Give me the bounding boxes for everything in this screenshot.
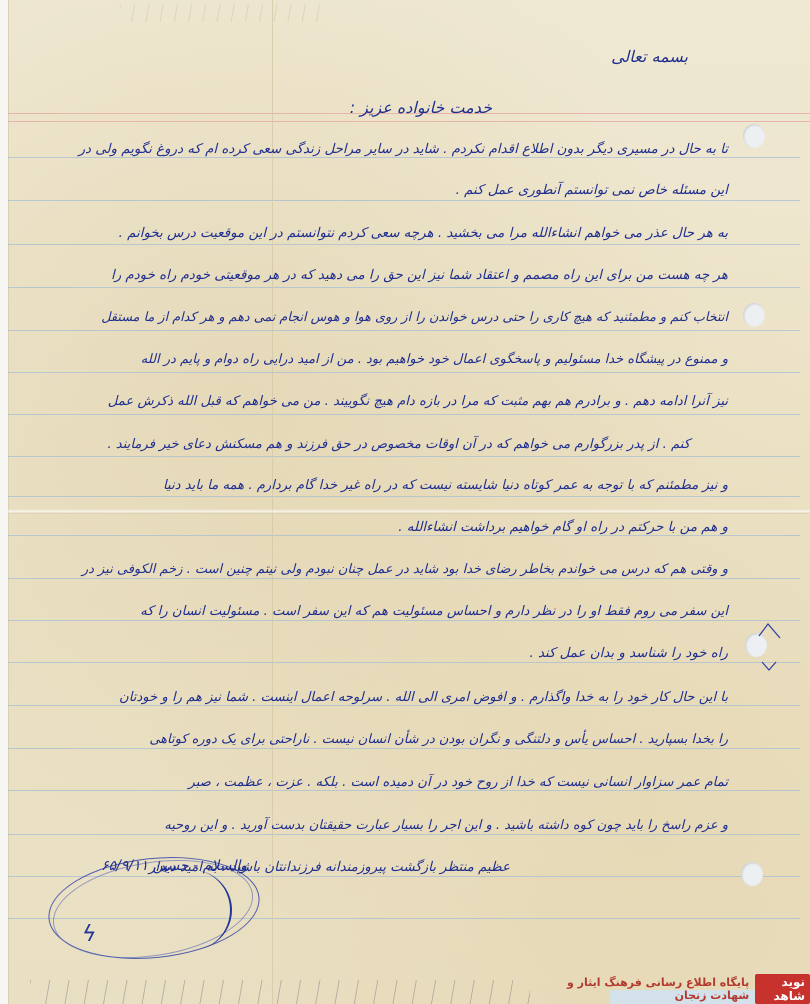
- perforation-ticks: [30, 980, 530, 1004]
- ruled-line: [8, 157, 800, 158]
- letter-line: تا به حال در مسیری دیگر بدون اطلاع اقدام…: [79, 142, 728, 157]
- scanned-letter-page: بسمه تعالی خدمت خانواده عزیز : تا به حال…: [0, 0, 810, 1004]
- letter-line: به هر حال عذر می خواهم انشاءالله مرا می …: [119, 226, 728, 241]
- letter-line: و هم من با حرکتم در راه او گام خواهیم بر…: [398, 520, 728, 535]
- ruled-line: [8, 287, 800, 288]
- letter-line: تمام عمر سزاوار انسانی نیست که خدا از رو…: [188, 775, 728, 790]
- faint-bleed-through-marks: [120, 4, 320, 22]
- letter-line: این مسئله خاص نمی توانستم آنطوری عمل کنم…: [456, 183, 728, 198]
- closing-signature-text: والسلام - حسین ۶۵/۹/۱۱: [101, 858, 247, 874]
- letter-line: را بخدا بسپارید . احساس یأس و دلتنگی و ن…: [149, 732, 728, 747]
- punch-hole: [743, 303, 765, 327]
- salutation-text: خدمت خانواده عزیز :: [350, 98, 492, 117]
- watermark: نوید شاهد پایگاه اطلاع رسانی فرهنگ ایثار…: [548, 974, 810, 1004]
- letter-line: و عزم راسخ را باید چون کوه داشته باشید .…: [164, 818, 728, 833]
- header-rule: [8, 121, 810, 122]
- ruled-line: [8, 620, 800, 621]
- letter-line: هر چه هست من برای این راه مصمم و اعتقاد …: [111, 268, 728, 283]
- ruled-line: [8, 748, 800, 749]
- ruled-line: [8, 790, 800, 791]
- letter-line: نیز آنرا ادامه دهم . و برادرم هم بهم مثب…: [108, 394, 728, 409]
- pen-mark-around-hole: [756, 622, 782, 672]
- paper-fold-crease: [8, 509, 810, 514]
- letter-line: این سفر می روم فقط او را در نظر دارم و ا…: [140, 604, 728, 619]
- letter-line: کنم . از پدر بزرگوارم می خواهم که در آن …: [107, 437, 690, 452]
- ruled-line: [8, 330, 800, 331]
- ruled-line: [8, 456, 800, 457]
- ruled-line: [8, 705, 800, 706]
- letter-line: با این حال کار خود را به خدا واگذارم . و…: [119, 690, 728, 705]
- ruled-line: [8, 578, 800, 579]
- ruled-line: [8, 834, 800, 835]
- ruled-line: [8, 200, 800, 201]
- letter-line: و وقتی هم که درس می خواندم بخاطر رضای خد…: [82, 562, 728, 577]
- ruled-line: [8, 414, 800, 415]
- letter-line: و ممنوع در پیشگاه خدا مسئولیم و پاسخگوی …: [141, 352, 728, 367]
- ruled-line: [8, 662, 800, 663]
- ruled-line: [8, 244, 800, 245]
- watermark-caption: پایگاه اطلاع رسانی فرهنگ ایثار و شهادت ز…: [552, 976, 749, 1002]
- letter-line: راه خود را شناسد و بدان عمل کند .: [529, 646, 728, 661]
- paper-left-edge: [0, 0, 9, 1004]
- ruled-line: [8, 496, 800, 497]
- signature-flourish: ϟ: [82, 922, 97, 947]
- letter-line: انتخاب کنم و مطمئنید که هیچ کاری را حتی …: [101, 310, 728, 325]
- invocation-text: بسمه تعالی: [611, 47, 688, 66]
- ruled-line: [8, 535, 800, 536]
- punch-hole: [741, 862, 763, 886]
- punch-hole: [743, 124, 765, 148]
- ruled-line: [8, 372, 800, 373]
- watermark-logo: نوید شاهد: [755, 974, 810, 1004]
- letter-line: و نیز مطمئنم که با توجه به عمر کوتاه دنی…: [163, 478, 728, 493]
